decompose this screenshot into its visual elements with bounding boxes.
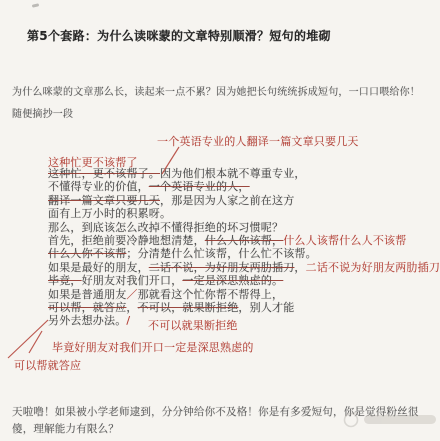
excerpt-segment-normal: ， bbox=[126, 301, 137, 314]
excerpt-segment-normal: 另外去想办法。 bbox=[48, 314, 126, 327]
annotation-bottom-red-1: 毕竟好朋友对我们开口一定是深思熟虑的 bbox=[52, 339, 254, 355]
annotation-mid-red: 不可以就果断拒绝 bbox=[148, 317, 238, 333]
excerpt-segment-strike: 毕竟， bbox=[48, 274, 82, 287]
excerpt-segment-strike: 这种忙，更不该帮了。 bbox=[48, 167, 160, 180]
scan-smudge bbox=[32, 3, 39, 7]
excerpt-segment-red: 什么人该帮什么人不该帮 bbox=[283, 234, 406, 247]
excerpt-line: 如果是普通朋友／那就看这个忙你帮不帮得上， bbox=[48, 288, 440, 301]
article-screenshot: 第5个套路：为什么读咪蒙的文章特别顺滑？短句的堆砌 为什么咪蒙的文章那么长，读起… bbox=[0, 0, 440, 441]
outro-paragraph: 天啦噜！如果被小学老师逮到，分分钟给你不及格！你是有多爱短句，你是觉得粉丝很傻，… bbox=[12, 404, 438, 438]
intro-paragraph: 为什么咪蒙的文章那么长，读起来一点不累？因为她把长句统统拆成短句，一口口喂给你！ bbox=[12, 83, 420, 98]
excerpt-segment-normal: 面有上万小时的积累呀。 bbox=[48, 207, 171, 220]
excerpt-segment-strike: 不可以，就果断拒绝 bbox=[138, 301, 239, 314]
excerpt-line: 毕竟，好朋友对我们开口，一定是深思熟虑的。 bbox=[48, 274, 440, 287]
excerpt-segment-normal: 那么，到底该怎么改掉不懂得拒绝的坏习惯呢？ bbox=[48, 221, 283, 234]
excerpt-segment-normal: 好朋友对我们开口， bbox=[82, 274, 183, 287]
excerpt-segment-strike: 可以帮，就答应 bbox=[48, 301, 126, 314]
excerpt-segment-strike: 翻译一篇文章只要几天 bbox=[48, 194, 160, 207]
excerpt-segment-strike: 二话不说，为好朋友两肋插刀 bbox=[149, 261, 295, 274]
page-title: 第5个套路：为什么读咪蒙的文章特别顺滑？短句的堆砌 bbox=[27, 27, 331, 44]
excerpt-line: 另外去想办法。/ bbox=[48, 314, 440, 327]
excerpt-label: 随便摘抄一段 bbox=[12, 105, 73, 120]
excerpt-segment-red: ／ bbox=[126, 288, 137, 301]
excerpt-line: 什么人你不该帮；分清楚什么忙该帮，什么忙不该帮。 bbox=[48, 247, 440, 260]
excerpt-line: 首先，拒绝前要冷静地想清楚，什么人你该帮，什么人该帮什么人不该帮 bbox=[48, 234, 440, 247]
excerpt-segment-normal: 首先，拒绝前要冷静地想清楚， bbox=[48, 234, 205, 247]
excerpt-line: 面有上万小时的积累呀。 bbox=[48, 207, 440, 220]
excerpt-segment-strike: 一个英语专业的人， bbox=[149, 180, 250, 193]
excerpt-segment-normal: 如果是普通朋友 bbox=[48, 288, 126, 301]
excerpt-segment-strike: 什么人你该帮， bbox=[205, 234, 283, 247]
excerpt-segment-normal: ，别人才能 bbox=[238, 301, 294, 314]
excerpt-line: 不懂得专业的价值，一个英语专业的人， bbox=[48, 180, 440, 193]
excerpt-block: 这种忙，更不该帮了。因为他们根本就不尊重专业，不懂得专业的价值，一个英语专业的人… bbox=[48, 167, 440, 328]
excerpt-segment-normal: ；分清楚什么忙该帮，什么忙不该帮。 bbox=[126, 247, 316, 260]
edit-slash-bottom bbox=[29, 331, 42, 353]
excerpt-segment-strike: 一定是深思熟虑的。 bbox=[182, 274, 283, 287]
edit-diagonal-line bbox=[8, 320, 48, 358]
excerpt-line: 那么，到底该怎么改掉不懂得拒绝的坏习惯呢？ bbox=[48, 221, 440, 234]
excerpt-line: 可以帮，就答应，不可以，就果断拒绝，别人才能 bbox=[48, 301, 440, 314]
excerpt-segment-normal: ， bbox=[294, 261, 305, 274]
excerpt-segment-normal: 不懂得专业的价值， bbox=[48, 180, 149, 193]
excerpt-segment-normal: 那就看这个忙你帮不帮得上， bbox=[138, 288, 284, 301]
annotation-bottom-red-2: 可以帮就答应 bbox=[14, 357, 81, 373]
excerpt-segment-normal: 如果是最好的朋友， bbox=[48, 261, 149, 274]
annotation-top-red: 一个英语专业的人翻译一篇文章只要几天 bbox=[157, 133, 359, 149]
excerpt-segment-normal: ，那是因为人家之前在这方 bbox=[160, 194, 294, 207]
excerpt-line: 翻译一篇文章只要几天，那是因为人家之前在这方 bbox=[48, 194, 440, 207]
excerpt-line: 这种忙，更不该帮了。因为他们根本就不尊重专业， bbox=[48, 167, 440, 180]
excerpt-segment-red: / bbox=[126, 314, 130, 327]
excerpt-segment-normal: 因为他们根本就不尊重专业， bbox=[160, 167, 306, 180]
excerpt-segment-strike: 什么人你不该帮 bbox=[48, 247, 126, 260]
excerpt-segment-red: 二话不说为好朋友两肋插刀 bbox=[306, 261, 440, 274]
excerpt-line: 如果是最好的朋友，二话不说，为好朋友两肋插刀，二话不说为好朋友两肋插刀 bbox=[48, 261, 440, 274]
